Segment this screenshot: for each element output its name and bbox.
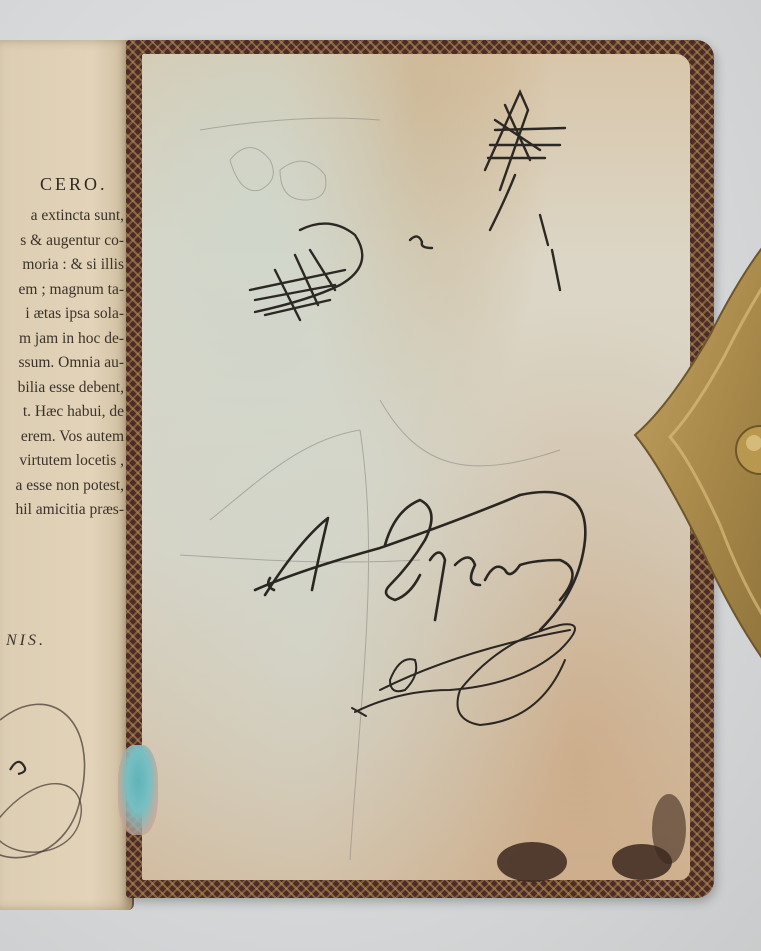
cross-hatch-mark-left: [250, 224, 432, 320]
cross-hatch-mark-top: [485, 92, 565, 290]
brass-clasp: [630, 215, 761, 695]
pencil-sketch: [180, 118, 560, 860]
signature-flourish: [352, 624, 575, 725]
